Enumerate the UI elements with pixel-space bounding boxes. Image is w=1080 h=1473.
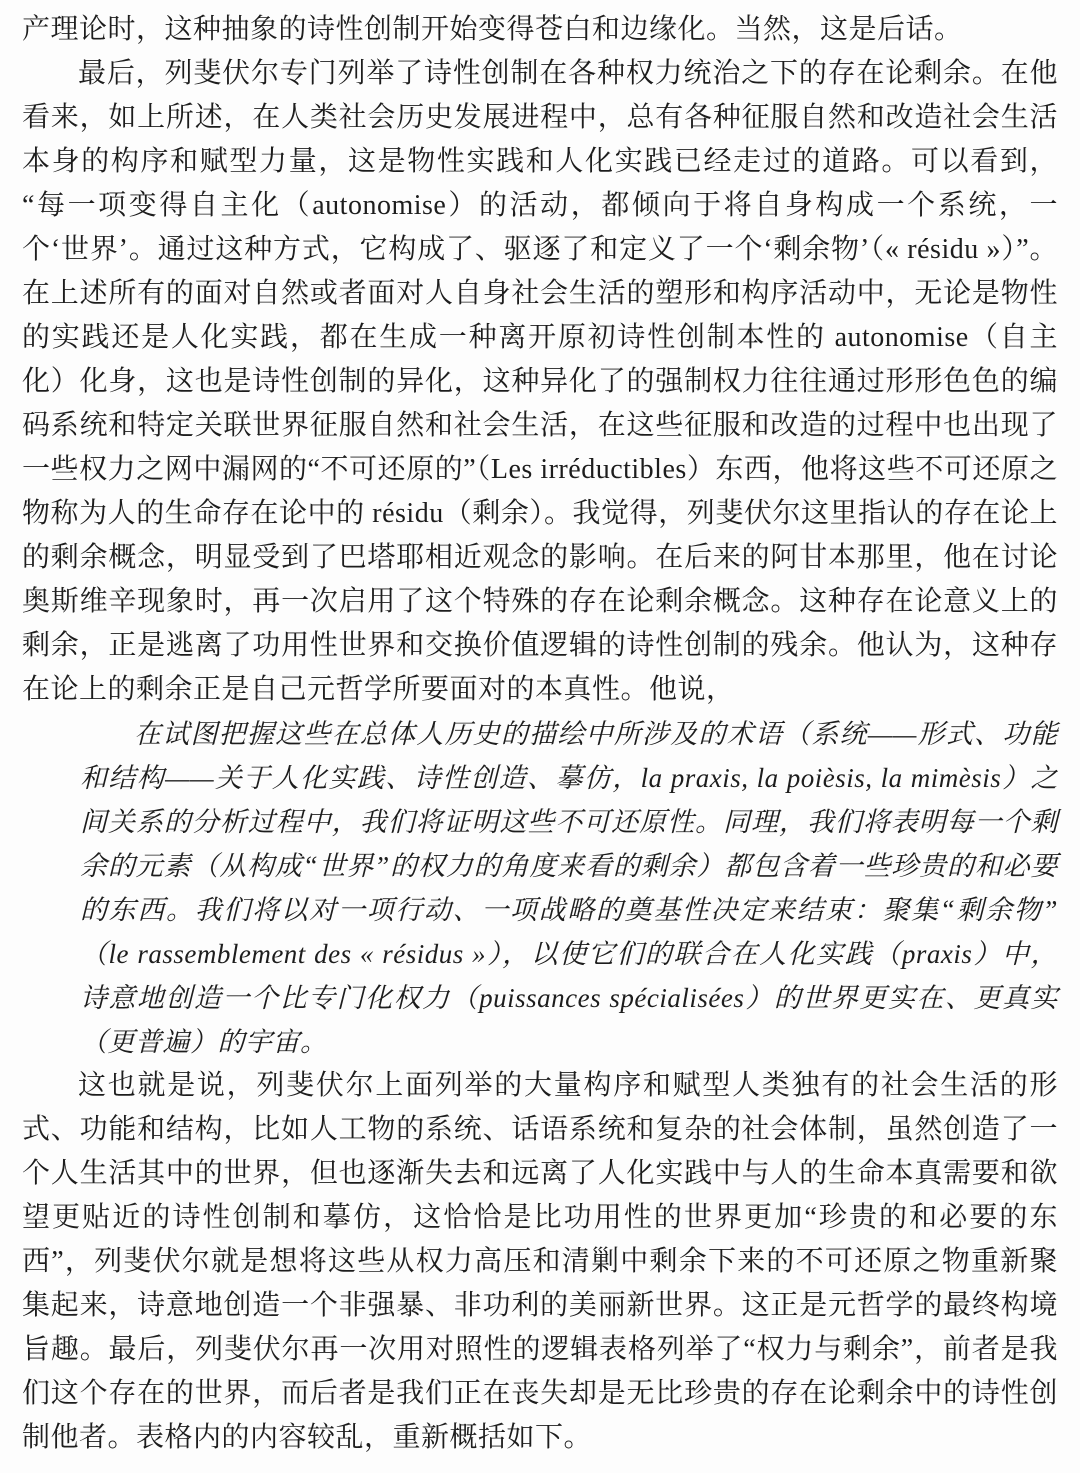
- paragraph-continuation: 产理论时，这种抽象的诗性创制开始变得苍白和边缘化。当然，这是后话。: [22, 8, 1058, 52]
- document-page: 产理论时，这种抽象的诗性创制开始变得苍白和边缘化。当然，这是后话。 最后，列斐伏…: [0, 0, 1080, 1473]
- paragraph-summary: 这也就是说，列斐伏尔上面列举的大量构序和赋型人类独有的社会生活的形式、功能和结构…: [22, 1064, 1058, 1460]
- paragraph-lefebvre-surplus: 最后，列斐伏尔专门列举了诗性创制在各种权力统治之下的存在论剩余。在他看来，如上所…: [22, 52, 1058, 712]
- lefebvre-blockquote: 在试图把握这些在总体人历史的描绘中所涉及的术语（系统——形式、功能和结构——关于…: [80, 712, 1058, 1064]
- scanned-book-page: { "page": { "background": "#fdfdfd", "te…: [0, 0, 1080, 1473]
